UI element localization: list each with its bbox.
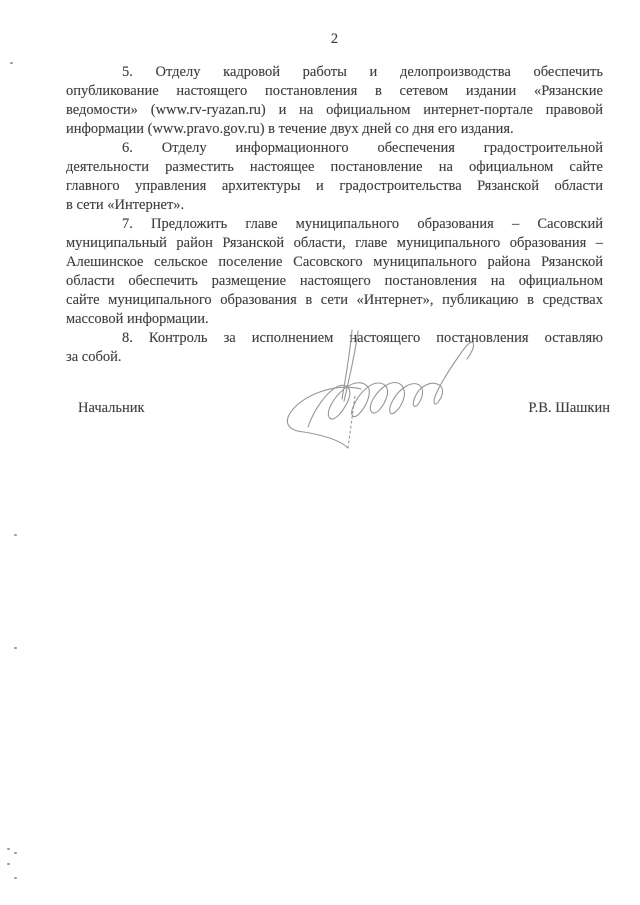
scanned-document-page: 2 5. Отделу кадровой работы и делопроизв… <box>0 0 640 905</box>
paragraph-7: 7. Предложить главе муниципального образ… <box>66 215 603 329</box>
signature-row: Начальник Р.В. Шашкин <box>78 399 610 418</box>
paragraph-line: ведомости» (www.rv-ryazan.ru) и на офици… <box>66 101 603 120</box>
scan-speck <box>14 647 17 649</box>
paragraph-line: сайте муниципального образования в сети … <box>66 291 603 310</box>
page-number: 2 <box>66 30 603 49</box>
paragraph-line: опубликование настоящего постановления в… <box>66 82 603 101</box>
paragraph-line: 6. Отделу информационного обеспечения гр… <box>66 139 603 158</box>
paragraph-5: 5. Отделу кадровой работы и делопроизвод… <box>66 63 603 139</box>
paragraph-6: 6. Отделу информационного обеспечения гр… <box>66 139 603 215</box>
scan-speck <box>10 62 13 64</box>
signer-name: Р.В. Шашкин <box>528 399 610 418</box>
paragraph-line: главного управления архитектуры и градос… <box>66 177 603 196</box>
paragraph-line: 7. Предложить главе муниципального образ… <box>66 215 603 234</box>
scan-speck <box>7 848 10 850</box>
scan-speck <box>14 534 17 536</box>
scan-speck <box>14 852 17 854</box>
paragraph-line: в сети «Интернет». <box>66 196 603 215</box>
paragraph-line: муниципальный район Рязанской области, г… <box>66 234 603 253</box>
paragraph-line: области обеспечить размещение настоящего… <box>66 272 603 291</box>
paragraph-line: деятельности разместить настоящее постан… <box>66 158 603 177</box>
handwritten-signature <box>283 326 483 454</box>
paragraph-line: 5. Отделу кадровой работы и делопроизвод… <box>66 63 603 82</box>
scan-speck <box>14 877 17 879</box>
scan-speck <box>7 863 10 865</box>
paragraph-line: информации (www.pravo.gov.ru) в течение … <box>66 120 603 139</box>
paragraph-line: Алешинское сельское поселение Сасовского… <box>66 253 603 272</box>
signer-title: Начальник <box>78 399 145 418</box>
document-body: 5. Отделу кадровой работы и делопроизвод… <box>66 63 603 367</box>
